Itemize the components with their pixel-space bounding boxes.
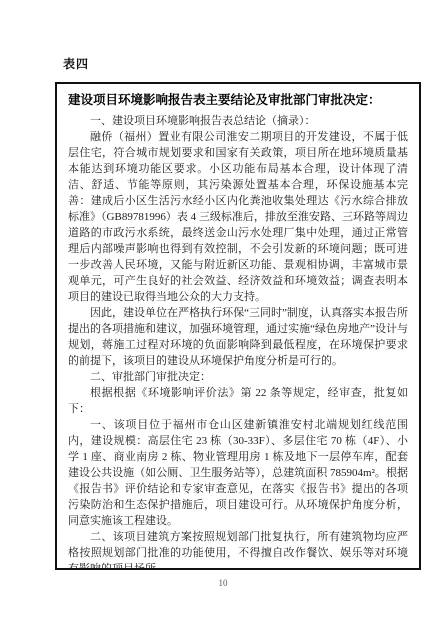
- paragraph-approval-basis: 根据根据《环境影响评价法》第 22 条等规定，经审查，批复如下：: [68, 385, 408, 417]
- document-page: 表四 建设项目环境影响报告表主要结论及审批部门审批决定： 一、建设项目环境影响报…: [0, 0, 446, 630]
- paragraph-approval-item-1: 一、该项目位于福州市仓山区建新镇淮安村北端规划红线范围内，建设规模：高层住宅 2…: [68, 417, 408, 529]
- paragraph-conclusion-body: 融侨（福州）置业有限公司淮安二期项目的开发建设，不属于低层住宅，符合城市规划要求…: [68, 129, 408, 305]
- report-box: 建设项目环境影响报告表主要结论及审批部门审批决定： 一、建设项目环境影响报告表总…: [55, 82, 421, 570]
- report-title: 建设项目环境影响报告表主要结论及审批部门审批决定：: [68, 91, 408, 110]
- paragraph-conclusion-summary: 因此，建设单位在严格执行环保“三同时”制度，认真落实本报告所提出的各项措施和建议…: [68, 305, 408, 369]
- paragraph-approval-item-2: 二、该项目建筑方案按照规划部门批复执行，所有建筑物均应严格按照规划部门批准的功能…: [68, 529, 408, 570]
- table-label: 表四: [63, 55, 89, 72]
- paragraph-approval-heading: 二、审批部门审批决定：: [68, 369, 408, 385]
- paragraph-conclusion-heading: 一、建设项目环境影响报告表总结论（摘录）：: [68, 113, 408, 129]
- page-number: 10: [0, 578, 446, 588]
